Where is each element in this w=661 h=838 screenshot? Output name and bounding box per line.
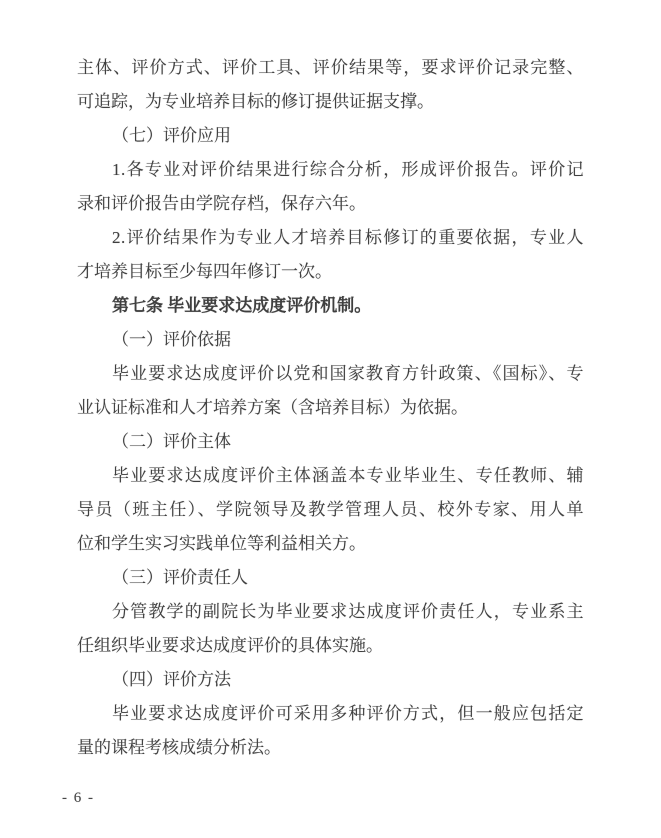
- text-line: 毕业要求达成度评价可采用多种评价方式，但一般应包括定: [77, 697, 584, 731]
- text-line: 量的课程考核成绩分析法。: [77, 731, 584, 765]
- text-line: 毕业要求达成度评价以党和国家教育方针政策、《国标》、专: [77, 357, 584, 391]
- text-line: 位和学生实习实践单位等利益相关方。: [77, 527, 584, 561]
- text-line: 任组织毕业要求达成度评价的具体实施。: [77, 629, 584, 663]
- text-line: 第七条 毕业要求达成度评价机制。: [77, 289, 584, 323]
- text-line: （七）评价应用: [77, 119, 584, 153]
- text-line: 1.各专业对评价结果进行综合分析，形成评价报告。评价记: [77, 153, 584, 187]
- text-line: 录和评价报告由学院存档，保存六年。: [77, 187, 584, 221]
- text-line: 2.评价结果作为专业人才培养目标修订的重要依据，专业人: [77, 221, 584, 255]
- document-page: 主体、评价方式、评价工具、评价结果等，要求评价记录完整、可追踪，为专业培养目标的…: [0, 0, 661, 838]
- text-line: 导员（班主任）、学院领导及教学管理人员、校外专家、用人单: [77, 493, 584, 527]
- text-line: （三）评价责任人: [77, 561, 584, 595]
- text-line: （一）评价依据: [77, 323, 584, 357]
- text-line: 可追踪，为专业培养目标的修订提供证据支撑。: [77, 85, 584, 119]
- text-line: 业认证标准和人才培养方案（含培养目标）为依据。: [77, 391, 584, 425]
- text-line: （二）评价主体: [77, 425, 584, 459]
- document-body: 主体、评价方式、评价工具、评价结果等，要求评价记录完整、可追踪，为专业培养目标的…: [77, 51, 584, 765]
- page-number: - 6 -: [62, 788, 95, 808]
- text-line: 毕业要求达成度评价主体涵盖本专业毕业生、专任教师、辅: [77, 459, 584, 493]
- text-line: 才培养目标至少每四年修订一次。: [77, 255, 584, 289]
- text-line: （四）评价方法: [77, 663, 584, 697]
- text-line: 主体、评价方式、评价工具、评价结果等，要求评价记录完整、: [77, 51, 584, 85]
- text-line: 分管教学的副院长为毕业要求达成度评价责任人，专业系主: [77, 595, 584, 629]
